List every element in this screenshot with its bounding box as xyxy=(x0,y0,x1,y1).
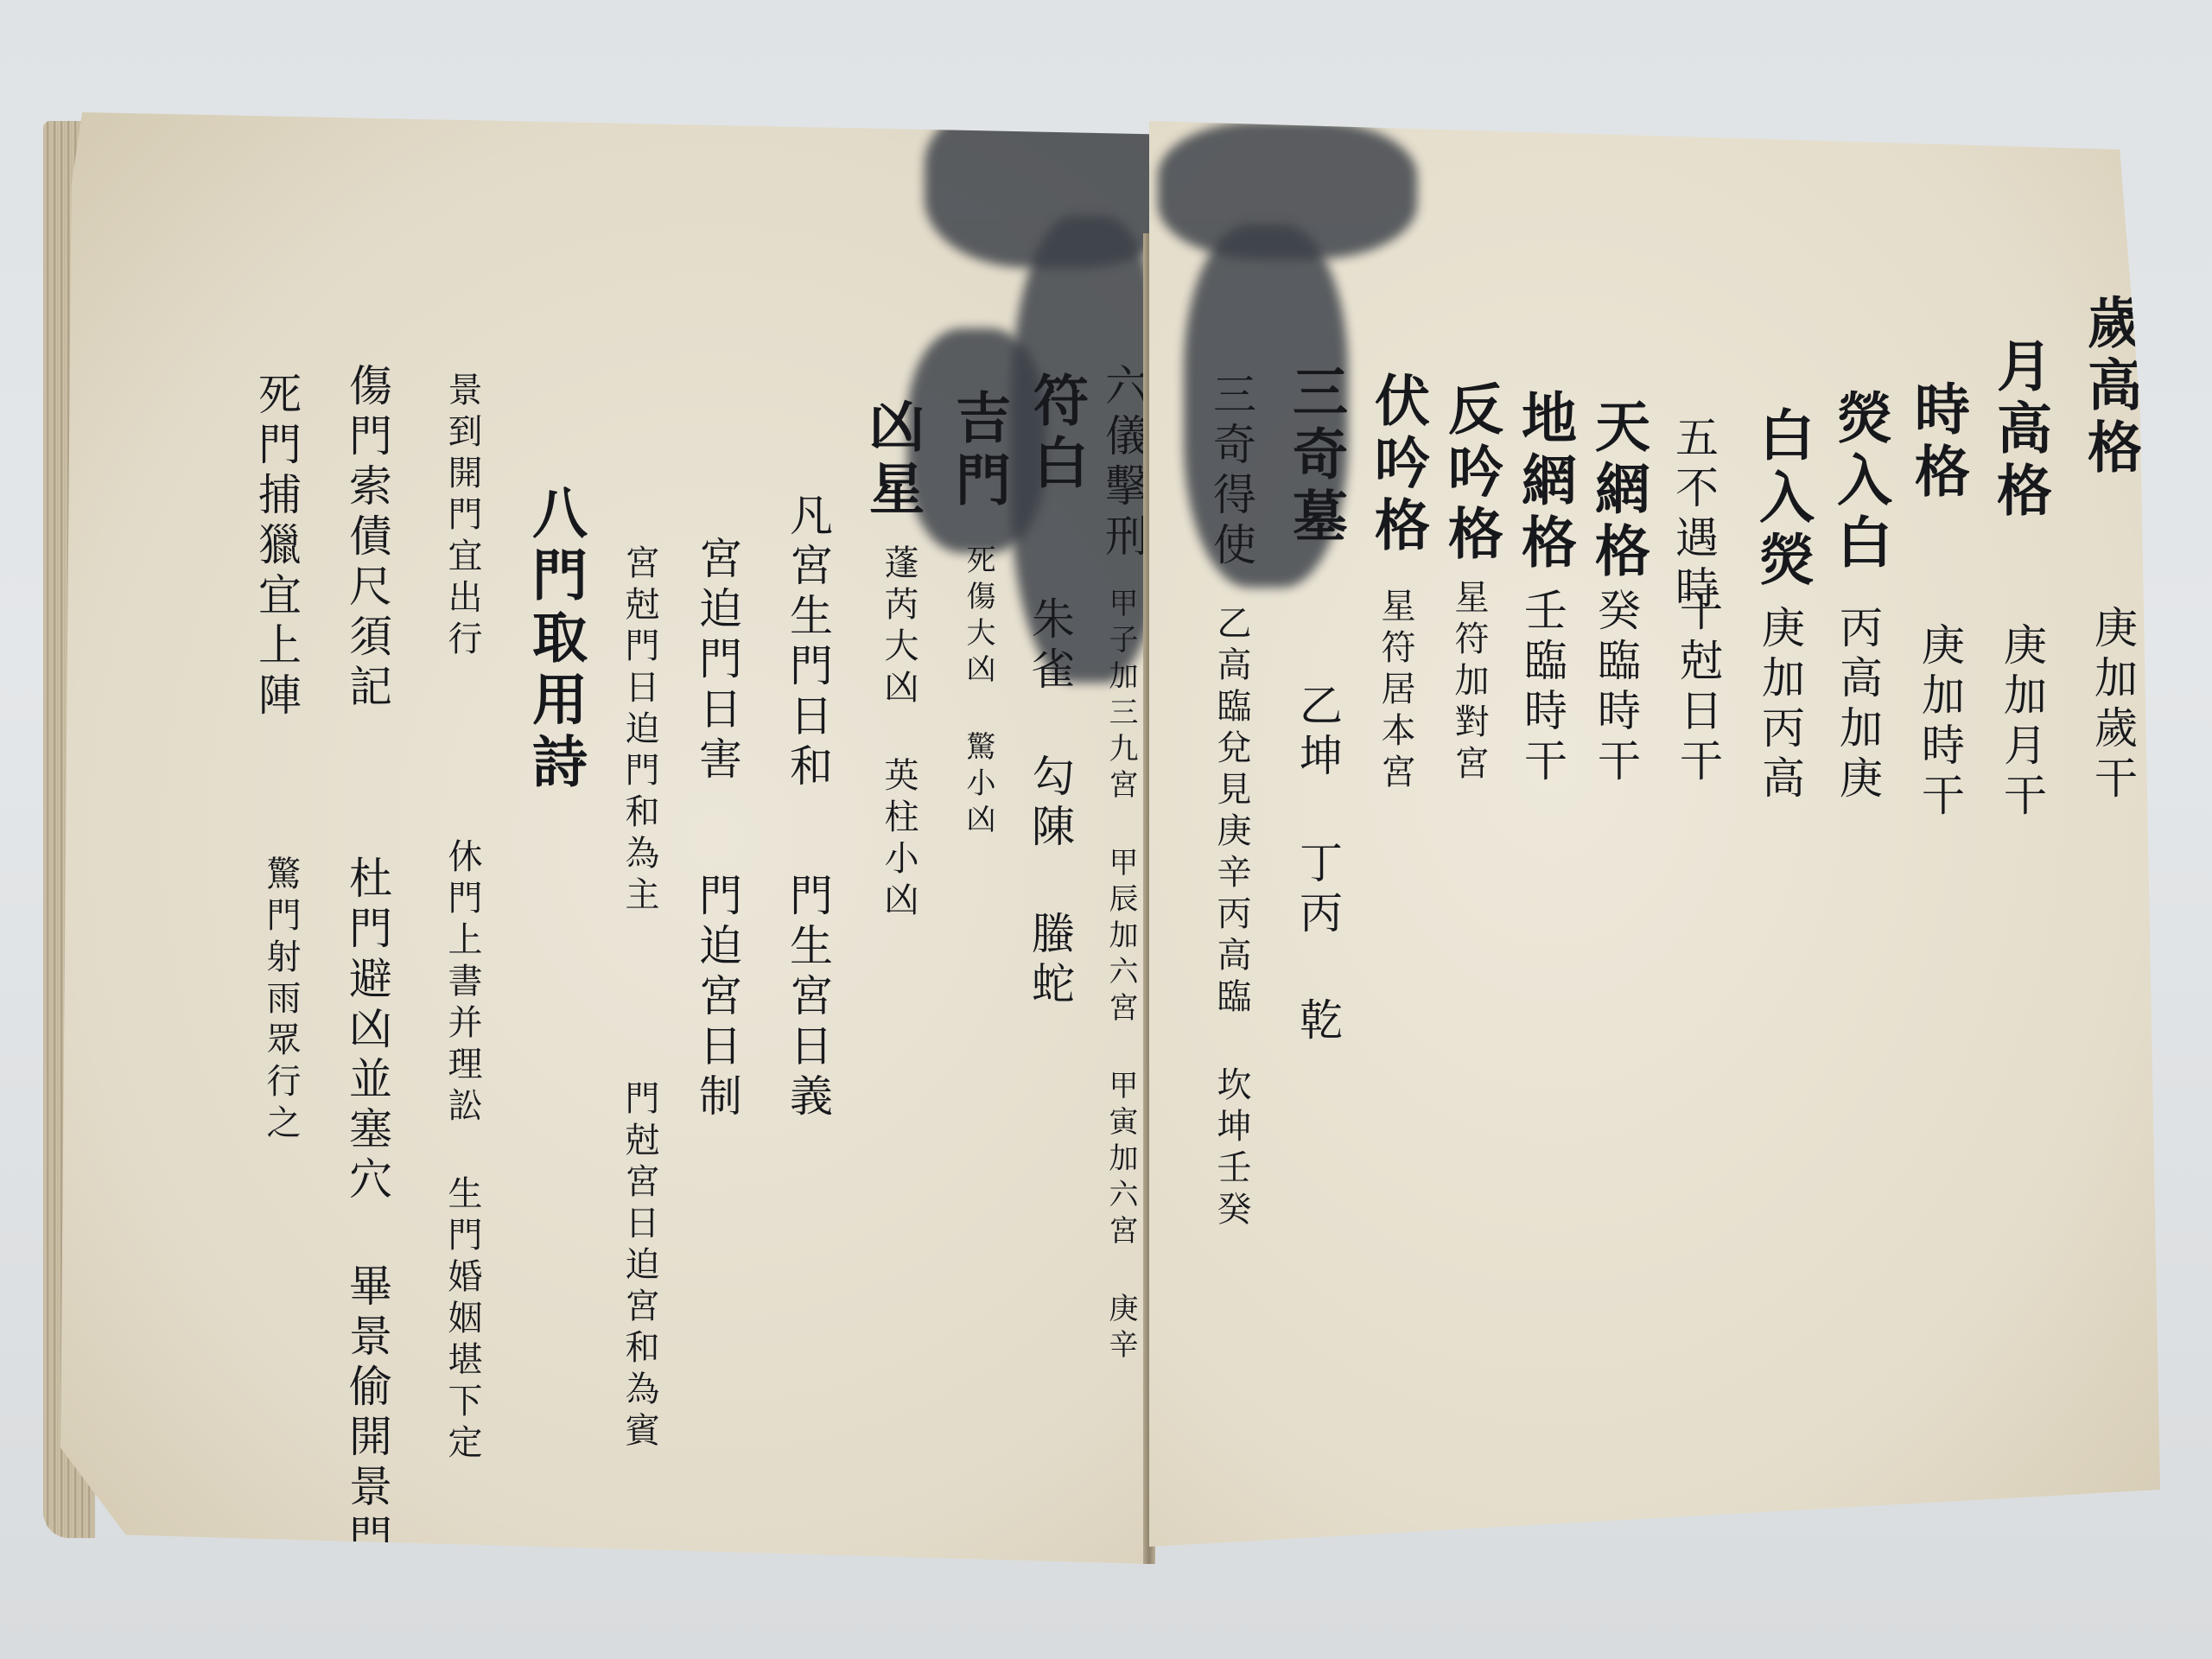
column-left-1-heading: 六儀擊刑 xyxy=(1102,363,1145,563)
column-right-10-heading: 伏吟格 xyxy=(1370,372,1425,558)
column-left-5-heading: 凡宮生門日和 xyxy=(786,493,829,793)
open-book: 六儀擊刑 符白 朱雀 勾陳 螣蛇 吉門 死傷大凶 驚小凶 凶星 蓬芮大凶 英柱小… xyxy=(35,104,2160,1573)
column-right-8-heading: 地網格 xyxy=(1516,389,1572,575)
column-left-4-heading: 凶星 xyxy=(864,397,919,522)
column-right-2-note: 庚加月干 xyxy=(2000,622,2044,823)
column-right-11-heading: 三奇墓 xyxy=(1287,363,1343,550)
column-right-3-note: 庚加時干 xyxy=(1918,622,1961,823)
column-left-3-note: 死傷大凶 驚小凶 xyxy=(963,544,993,840)
column-right-1-note: 庚加歲干 xyxy=(2091,605,2134,805)
column-left-11-note: 驚門射雨眾行之 xyxy=(264,855,298,1146)
column-left-4-note: 蓬芮大凶 英柱小凶 xyxy=(881,544,916,923)
column-left-6-heading: 宮迫門日害 xyxy=(696,536,739,786)
column-right-9-note: 星符加對宮 xyxy=(1452,579,1486,786)
column-right-6-heading: 五不遇時 xyxy=(1672,415,1715,615)
column-right-4-heading: 熒入白 xyxy=(1832,389,1887,575)
column-right-12-heading: 三奇得使 xyxy=(1210,372,1253,572)
column-right-3-heading: 時格 xyxy=(1910,380,1965,505)
column-left-2-heading: 符白 xyxy=(1028,372,1084,496)
column-right-7-note: 癸臨時干 xyxy=(1594,588,1637,788)
column-left-2-note: 朱雀 勾陳 螣蛇 xyxy=(1028,596,1071,1011)
column-left-6-note: 門迫宮日制 xyxy=(696,873,739,1123)
column-left-3-heading: 吉門 xyxy=(950,389,1006,513)
gutter-note: 甲子加三九宮 甲辰加六宮 甲寅加六宮 庚辛 xyxy=(1106,588,1135,1365)
column-right-8-note: 壬臨時干 xyxy=(1521,588,1564,788)
column-right-11-note: 乙坤 丁丙 乾 xyxy=(1296,683,1339,1047)
column-left-10-note: 杜門避凶並塞穴 畢景偷開景門牢 xyxy=(346,855,389,1614)
column-left-9-note: 休門上書并理訟 生門婚姻堪下定 xyxy=(445,838,480,1465)
column-left-5-note: 門生宮日義 xyxy=(786,873,829,1123)
left-page: 六儀擊刑 符白 朱雀 勾陳 螣蛇 吉門 死傷大凶 驚小凶 凶星 蓬芮大凶 英柱小… xyxy=(60,112,1149,1564)
column-left-10-heading: 傷門索債尺須記 xyxy=(346,363,389,714)
column-left-11-heading: 死門捕獵宜上陣 xyxy=(255,372,298,722)
column-right-5-heading: 白入熒 xyxy=(1754,406,1809,593)
column-right-5-note: 庚加丙高 xyxy=(1758,605,1802,805)
column-left-7-heading: 宮尅門日迫門和為主 xyxy=(622,544,657,918)
right-page: 歲高格 庚加歲干 月高格 庚加月干 時格 庚加時干 熒入白 丙高加庚 白入熒 庚… xyxy=(1149,121,2160,1547)
column-right-10-note: 星符居本宮 xyxy=(1378,588,1413,795)
column-right-7-heading: 天網格 xyxy=(1590,397,1645,584)
column-left-7-note: 門尅宮日迫宮和為賓 xyxy=(622,1080,657,1453)
column-right-2-heading: 月高格 xyxy=(1992,337,2047,524)
column-right-12-note: 乙高臨兌見庚辛丙高臨 坎坤壬癸 xyxy=(1214,605,1249,1232)
column-left-9-heading: 景到開門宜出行 xyxy=(445,372,480,662)
column-right-1-heading: 歲高格 xyxy=(2082,294,2138,480)
column-right-4-note: 丙高加庚 xyxy=(1836,605,1879,805)
column-left-8-heading: 八門取用詩 xyxy=(527,484,582,795)
column-right-9-heading: 反吟格 xyxy=(1443,380,1498,567)
column-right-6-note: 干尅日干 xyxy=(1676,588,1719,788)
